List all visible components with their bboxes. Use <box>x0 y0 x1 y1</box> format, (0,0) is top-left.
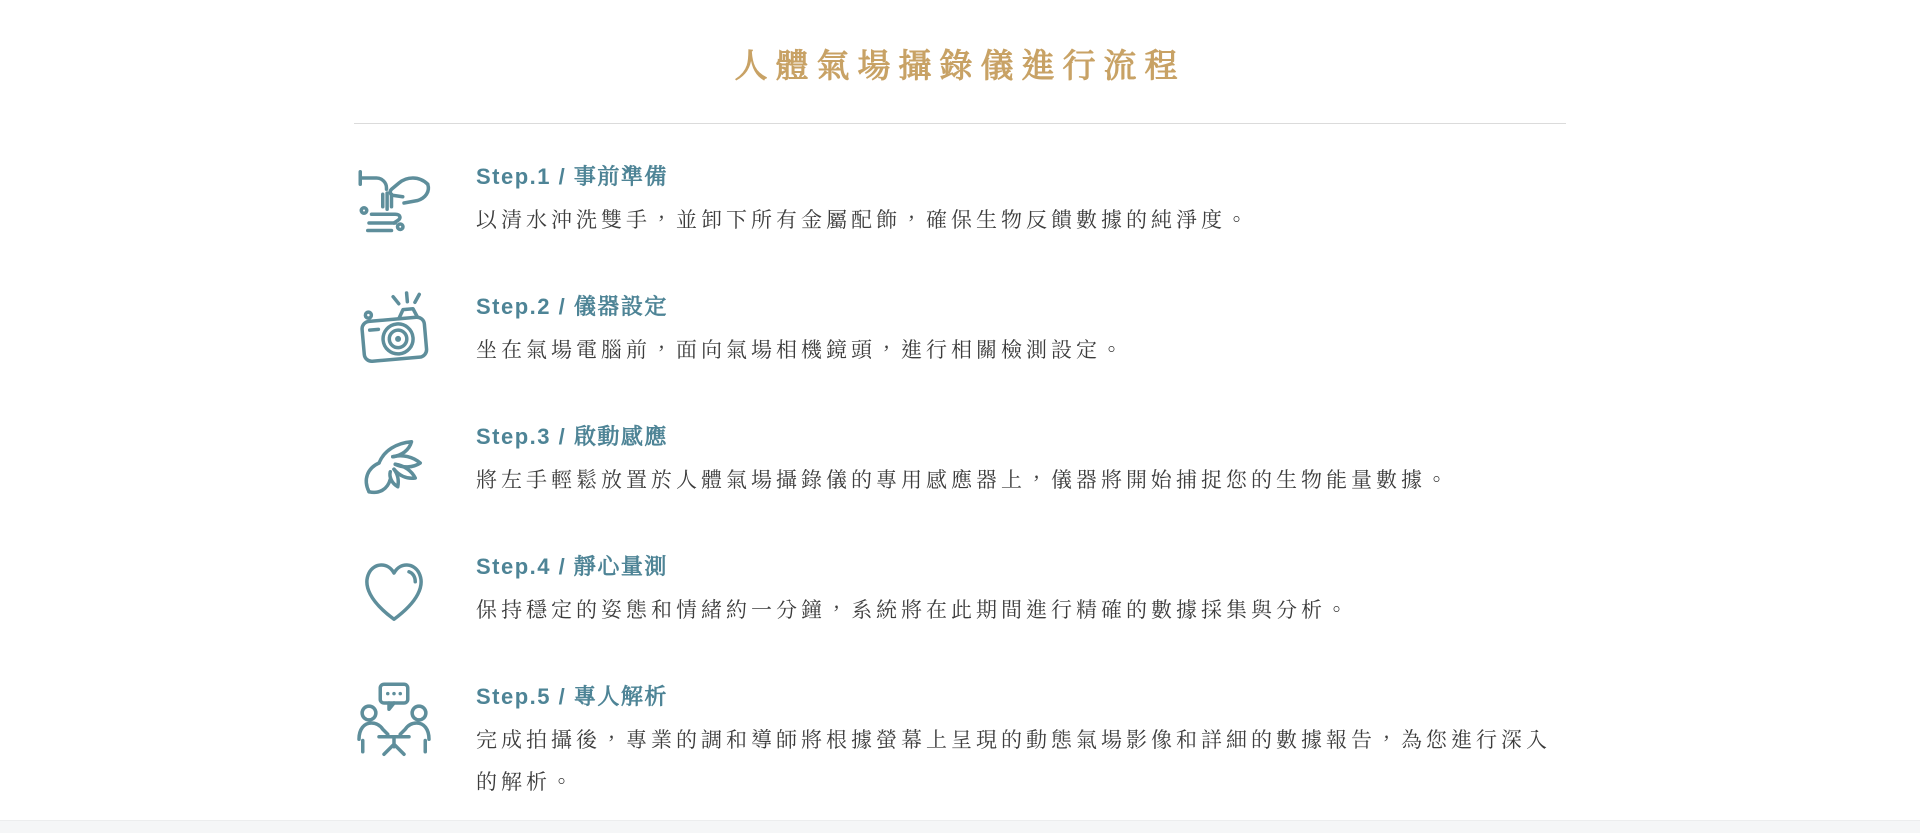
step-text-1: Step.1 / 事前準備 以清水沖洗雙手，並卸下所有金屬配飾，確保生物反饋數據… <box>476 158 1566 242</box>
camera-flash-icon <box>354 288 434 368</box>
step-description-3: 將左手輕鬆放置於人體氣場攝錄儀的專用感應器上，儀器將開始捕捉您的生物能量數據。 <box>476 460 1566 502</box>
heart-icon <box>354 548 434 628</box>
step-text-2: Step.2 / 儀器設定 坐在氣場電腦前，面向氣場相機鏡頭，進行相關檢測設定。 <box>476 288 1566 372</box>
step-label-4: Step.4 / 靜心量測 <box>476 550 1566 581</box>
step-item-3: Step.3 / 啟動感應 將左手輕鬆放置於人體氣場攝錄儀的專用感應器上，儀器將… <box>354 418 1566 502</box>
step-text-4: Step.4 / 靜心量測 保持穩定的姿態和情緒約一分鐘，系統將在此期間進行精確… <box>476 548 1566 632</box>
steps-list: Step.1 / 事前準備 以清水沖洗雙手，並卸下所有金屬配飾，確保生物反饋數據… <box>354 158 1566 804</box>
step-text-5: Step.5 / 專人解析 完成拍攝後，專業的調和導師將根據螢幕上呈現的動態氣場… <box>476 678 1566 804</box>
step-label-3: Step.3 / 啟動感應 <box>476 420 1566 451</box>
step-label-5: Step.5 / 專人解析 <box>476 680 1566 711</box>
step-item-2: Step.2 / 儀器設定 坐在氣場電腦前，面向氣場相機鏡頭，進行相關檢測設定。 <box>354 288 1566 372</box>
step-description-2: 坐在氣場電腦前，面向氣場相機鏡頭，進行相關檢測設定。 <box>476 330 1566 372</box>
page-title: 人體氣場攝錄儀進行流程 <box>354 40 1566 87</box>
process-section: 人體氣場攝錄儀進行流程 <box>354 0 1566 804</box>
title-divider <box>354 123 1566 124</box>
step-item-1: Step.1 / 事前準備 以清水沖洗雙手，並卸下所有金屬配飾，確保生物反饋數據… <box>354 158 1566 242</box>
consultation-icon <box>354 678 434 758</box>
step-label-2: Step.2 / 儀器設定 <box>476 290 1566 321</box>
hand-washing-icon <box>354 158 434 238</box>
step-text-3: Step.3 / 啟動感應 將左手輕鬆放置於人體氣場攝錄儀的專用感應器上，儀器將… <box>476 418 1566 502</box>
step-item-5: Step.5 / 專人解析 完成拍攝後，專業的調和導師將根據螢幕上呈現的動態氣場… <box>354 678 1566 804</box>
step-item-4: Step.4 / 靜心量測 保持穩定的姿態和情緒約一分鐘，系統將在此期間進行精確… <box>354 548 1566 632</box>
footer-strip <box>0 820 1920 833</box>
step-description-4: 保持穩定的姿態和情緒約一分鐘，系統將在此期間進行精確的數據採集與分析。 <box>476 590 1566 632</box>
step-description-5: 完成拍攝後，專業的調和導師將根據螢幕上呈現的動態氣場影像和詳細的數據報告，為您進… <box>476 720 1566 804</box>
step-label-1: Step.1 / 事前準備 <box>476 160 1566 191</box>
step-description-1: 以清水沖洗雙手，並卸下所有金屬配飾，確保生物反饋數據的純淨度。 <box>476 200 1566 242</box>
open-hand-icon <box>354 418 434 498</box>
